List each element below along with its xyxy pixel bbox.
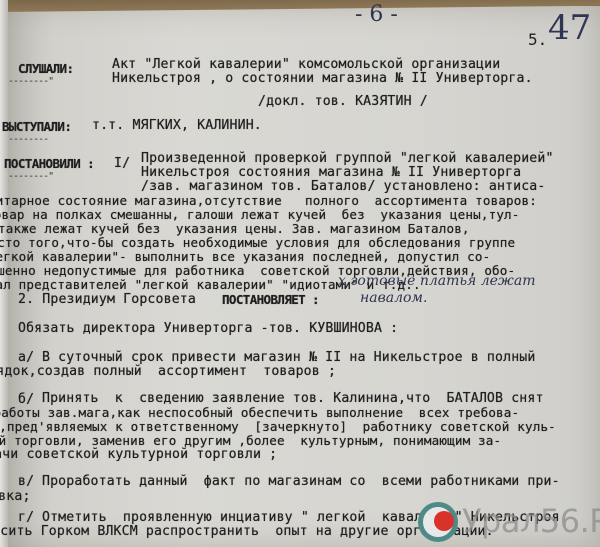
resolved-item-number: I/ <box>114 157 130 171</box>
item-v-line-1: Проработать данный факт по магазинам со … <box>42 475 560 489</box>
page-number: 5. <box>528 30 547 49</box>
resolved-line-4: нитарное состояние магазина,отсутствие п… <box>0 194 537 208</box>
presidium-decree: ПОСТАНОВЛЯЕТ : <box>222 293 319 307</box>
item-b-line-4: турной торговли, заменив его другим ,бол… <box>0 434 501 448</box>
resolved-line-3: /зав. магазином тов. Баталов/ установлен… <box>141 180 545 194</box>
heard-line-1: Акт "Легкой кавалерии" комсомольской орг… <box>112 58 500 72</box>
handwritten-insert-line-1: х готовые платья лежат <box>338 273 535 289</box>
heard-label: СЛУШАЛИ: <box>18 62 73 76</box>
item-b-line-5: дачи советской культурной торговли ; <box>0 448 277 462</box>
resolved-line-6: также лежат кучей без указания цены. Зав… <box>0 222 470 236</box>
resolved-line-2: Никельстроя состояния магазина № II Унив… <box>141 166 521 180</box>
item-b-line-3: ний,пред'являемых к ответственному [заче… <box>0 420 556 434</box>
watermark: Урал56.Ру <box>418 502 600 546</box>
resolved-line-7: вместо того,что-бы создать необходимые у… <box>0 236 515 250</box>
item-b-line-1: Принять к сведению заявление тов. Калини… <box>42 392 544 406</box>
item-g-marker: г/ <box>18 511 34 525</box>
watermark-text: Урал56.Ру <box>462 502 600 540</box>
heard-underline: --------" <box>8 76 53 87</box>
resolved-line-1: Произведенной проверкой группой "легкой … <box>141 152 554 166</box>
watermark-logo-icon <box>418 502 458 542</box>
handwritten-sheet-number: - 6 - <box>355 2 398 27</box>
oblige-text: Обязать директора Универторга -тов. КУВШ… <box>18 322 398 336</box>
spoke-underline: -------- <box>8 134 48 145</box>
item-a-line-2: порядок,создав полный ассортимент товаро… <box>0 365 336 379</box>
resolved-underline: --------" <box>8 171 53 182</box>
heard-line-2: Никельстроя , о состоянии магазина № II … <box>112 72 533 86</box>
item-b-line-2: с работы зав.мага,как неспособный обеспе… <box>0 406 519 420</box>
item-a-line-1: В суточный срок привести магазин № II на… <box>42 351 535 365</box>
heard-speaker: /докл. тов. КАЗЯТИН / <box>258 95 428 109</box>
presidium-text: 2. Президиум Горсовета <box>18 293 196 307</box>
handwritten-page-number: 47 <box>548 8 591 48</box>
resolved-line-8: "легкой кавалерии"- выполнить все указан… <box>0 250 490 264</box>
resolved-label: ПОСТАНОВИЛИ : <box>4 157 94 171</box>
spoke-text: т.т. МЯГКИХ, КАЛИНИН. <box>92 119 262 133</box>
spoke-label: ВЫСТУПАЛИ: <box>2 120 71 134</box>
item-v-line-2: лавка; <box>0 490 31 504</box>
item-a-marker: а/ <box>18 351 34 365</box>
handwritten-insert-line-2: навалом. <box>360 290 427 306</box>
resolved-line-5: товар на полках смешанны, галоши лежат к… <box>0 208 520 222</box>
item-v-marker: в/ <box>18 475 34 489</box>
